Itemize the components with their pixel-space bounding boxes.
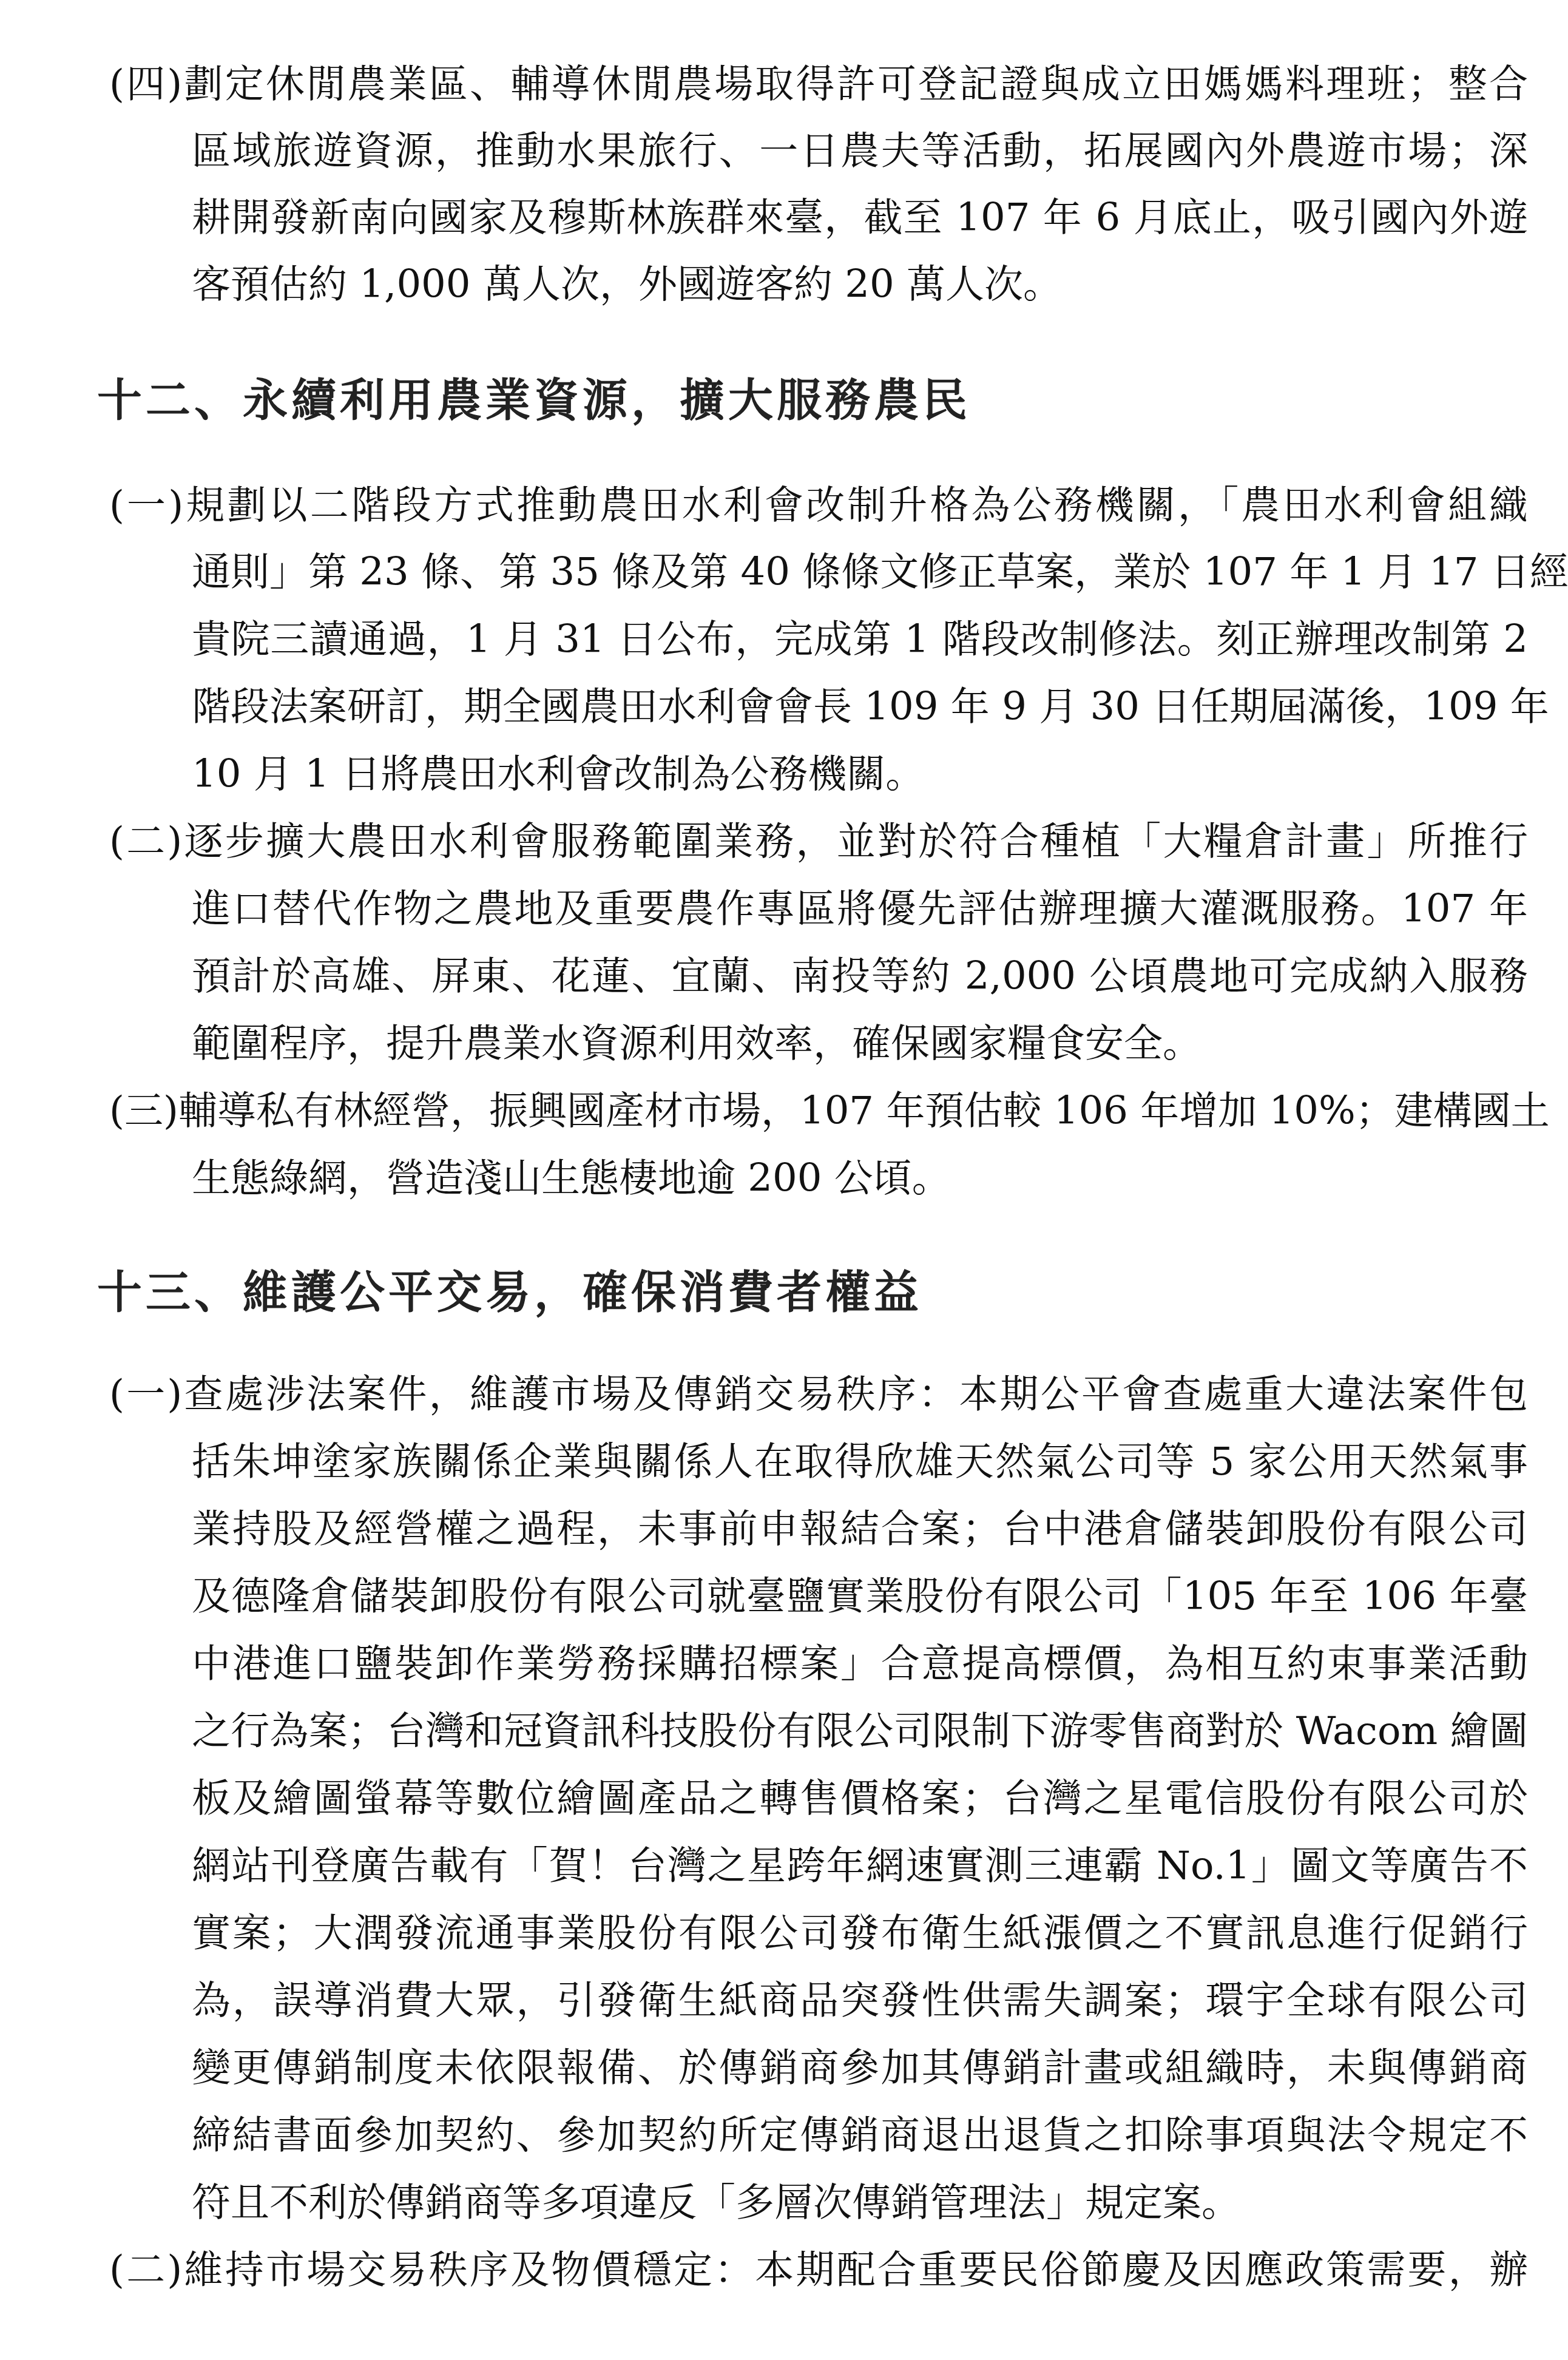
paragraph-line: 10 月 1 日將農田水利會改制為公務機關。 bbox=[192, 752, 1528, 796]
paragraph-line: 耕開發新南向國家及穆斯林族群來臺，截至 107 年 6 月底止，吸引國內外遊 bbox=[192, 196, 1528, 240]
paragraph-line: (二)逐步擴大農田水利會服務範圍業務，並對於符合種植「大糧倉計畫」所推行 bbox=[109, 820, 1528, 864]
paragraph-line: 為，誤導消費大眾，引發衛生紙商品突發性供需失調案；環宇全球有限公司 bbox=[192, 1979, 1528, 2023]
paragraph-line: 客預估約 1,000 萬人次，外國遊客約 20 萬人次。 bbox=[192, 263, 1528, 306]
document-page: (四)劃定休閒農業區、輔導休閒農場取得許可登記證與成立田媽媽料理班；整合 區域旅… bbox=[0, 0, 1568, 2360]
paragraph-line: (四)劃定休閒農業區、輔導休閒農場取得許可登記證與成立田媽媽料理班；整合 bbox=[109, 63, 1528, 106]
paragraph-line: 符且不利於傳銷商等多項違反「多層次傳銷管理法」規定案。 bbox=[192, 2181, 1528, 2225]
paragraph-line: 板及繪圖螢幕等數位繪圖產品之轉售價格案；台灣之星電信股份有限公司於 bbox=[192, 1777, 1528, 1821]
paragraph-line: 括朱坤塗家族關係企業與關係人在取得欣雄天然氣公司等 5 家公用天然氣事 bbox=[192, 1440, 1528, 1484]
paragraph-line: 區域旅遊資源，推動水果旅行、一日農夫等活動，拓展國內外農遊市場；深 bbox=[192, 129, 1528, 173]
paragraph-line: 變更傳銷制度未依限報備、於傳銷商參加其傳銷計畫或組織時，未與傳銷商 bbox=[192, 2046, 1528, 2090]
paragraph-line: 生態綠網，營造淺山生態棲地逾 200 公頃。 bbox=[192, 1157, 1528, 1200]
paragraph-line: 中港進口鹽裝卸作業勞務採購招標案」合意提高標價，為相互約束事業活動 bbox=[192, 1642, 1528, 1686]
paragraph-line: 進口替代作物之農地及重要農作專區將優先評估辦理擴大灌溉服務。107 年 bbox=[192, 887, 1528, 931]
paragraph-line: 通則」第 23 條、第 35 條及第 40 條條文修正草案，業於 107 年 1… bbox=[192, 550, 1528, 594]
paragraph-line: 業持股及經營權之過程，未事前申報結合案；台中港倉儲裝卸股份有限公司 bbox=[192, 1507, 1528, 1551]
paragraph-line: 及德隆倉儲裝卸股份有限公司就臺鹽實業股份有限公司「105 年至 106 年臺 bbox=[192, 1575, 1528, 1618]
paragraph-line: 貴院三讀通過，1 月 31 日公布，完成第 1 階段改制修法。刻正辦理改制第 2 bbox=[192, 618, 1528, 661]
item-label: (四) bbox=[109, 62, 182, 107]
paragraph-line: (一)規劃以二階段方式推動農田水利會改制升格為公務機關，「農田水利會組織 bbox=[109, 484, 1528, 527]
item-label: (一) bbox=[109, 483, 183, 528]
paragraph-line: 締結書面參加契約、參加契約所定傳銷商退出退貨之扣除事項與法令規定不 bbox=[192, 2114, 1528, 2157]
item-label: (三) bbox=[109, 1089, 178, 1134]
paragraph-line: 網站刊登廣告載有「賀！台灣之星跨年網速實測三連霸 No.1」圖文等廣告不 bbox=[192, 1844, 1528, 1888]
item-label: (二) bbox=[109, 819, 182, 864]
paragraph-line: 實案；大潤發流通事業股份有限公司發布衛生紙漲價之不實訊息進行促銷行 bbox=[192, 1912, 1528, 1955]
paragraph-line: 之行為案；台灣和冠資訊科技股份有限公司限制下游零售商對於 Wacom 繪圖 bbox=[192, 1709, 1528, 1753]
paragraph-line: (一)查處涉法案件，維護市場及傳銷交易秩序：本期公平會查處重大違法案件包 bbox=[109, 1373, 1528, 1416]
section-heading: 十二、永續利用農業資源，擴大服務農民 bbox=[97, 375, 971, 426]
paragraph-line: (三)輔導私有林經營，振興國產材市場，107 年預估較 106 年增加 10%；… bbox=[109, 1089, 1528, 1133]
paragraph-line: 範圍程序，提升農業水資源利用效率，確保國家糧食安全。 bbox=[192, 1022, 1528, 1066]
paragraph-line: 階段法案研訂，期全國農田水利會會長 109 年 9 月 30 日任期屆滿後，10… bbox=[192, 685, 1528, 729]
section-heading: 十三、維護公平交易，確保消費者權益 bbox=[97, 1267, 922, 1318]
paragraph-line: (二)維持市場交易秩序及物價穩定：本期配合重要民俗節慶及因應政策需要，辦 bbox=[109, 2248, 1528, 2292]
item-label: (二) bbox=[109, 2248, 182, 2293]
paragraph-line: 預計於高雄、屏東、花蓮、宜蘭、南投等約 2,000 公頃農地可完成納入服務 bbox=[192, 955, 1528, 998]
item-label: (一) bbox=[109, 1372, 182, 1417]
